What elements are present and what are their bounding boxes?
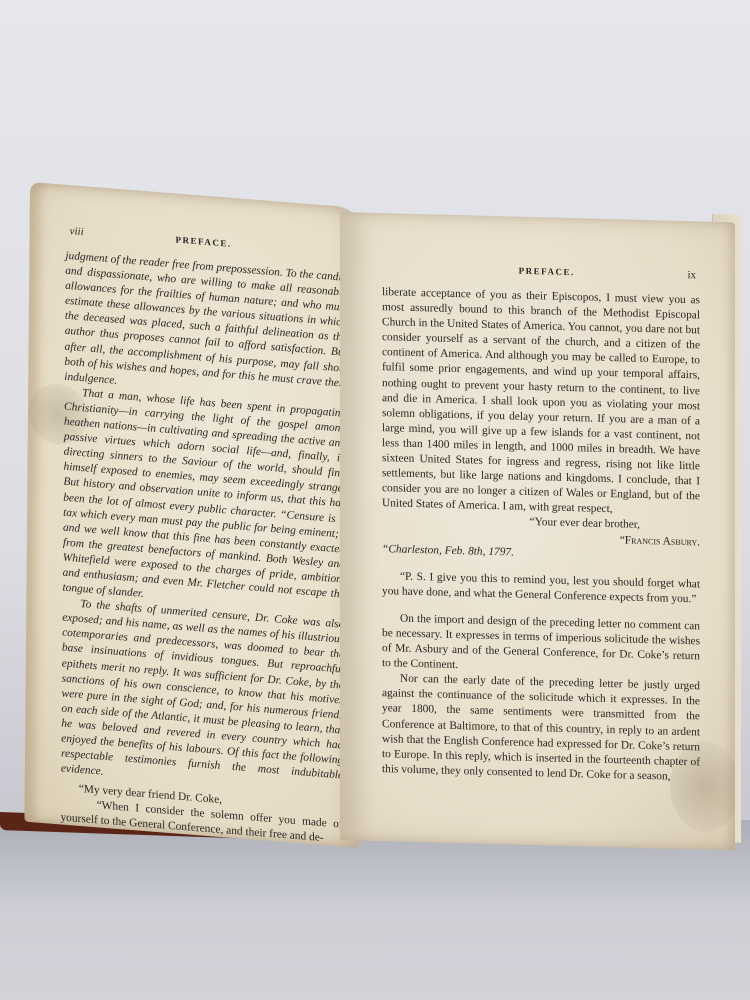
paragraph: On the import and design of the precedin… [382, 611, 700, 680]
right-page: PREFACE. ix liberate acceptance of you a… [340, 212, 735, 850]
right-running-head: PREFACE. ix [382, 261, 700, 281]
letter-body: liberate acceptance of you as their Epis… [382, 285, 700, 520]
paragraph: That a man, whose life has been spent in… [62, 385, 346, 618]
running-head-title: PREFACE. [176, 234, 232, 248]
paragraph: judgment of the reader free from preposs… [64, 249, 347, 407]
page-number: ix [687, 269, 696, 281]
paragraph: Nor can the early date of the preceding … [382, 671, 700, 785]
left-page: viii PREFACE. judgment of the reader fre… [24, 182, 365, 848]
running-head-title: PREFACE. [519, 266, 575, 277]
page-number: viii [70, 225, 84, 238]
paragraph: To the shafts of unmerited censure, Dr. … [61, 596, 345, 799]
